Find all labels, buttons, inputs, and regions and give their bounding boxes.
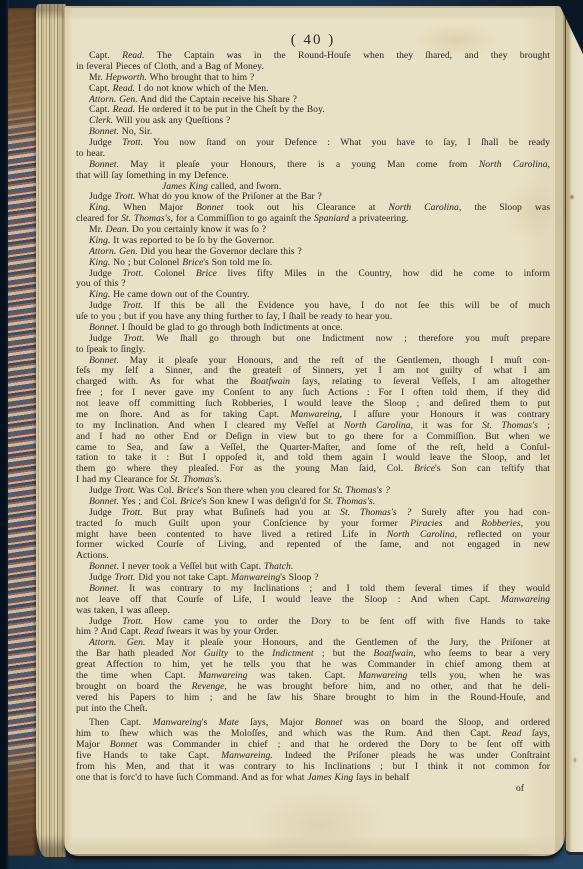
text-run: It was contrary to my Inclinations ; and… — [119, 584, 550, 594]
transcript-line: free ; for I never gave my Conſent to an… — [76, 388, 550, 399]
text-run: Judge — [89, 508, 122, 518]
transcript-line: King. When Major Bonnet took out his Cle… — [76, 203, 550, 214]
text-run: ſays in behalf — [353, 773, 409, 783]
text-run: lives fifty Miles in the Country, how di… — [217, 269, 550, 279]
text-run: Surely after you had con- — [411, 508, 550, 518]
italic-text-run: North Carolina, — [479, 160, 550, 170]
italic-text-run: Bonnet. — [89, 127, 119, 137]
italic-text-run: Attorn. Gen. — [89, 247, 138, 257]
transcript-line: Bonnet. Yes ; and Col. Brice's Son knew … — [76, 497, 550, 508]
text-run: brought on board the — [76, 682, 192, 692]
text-run: Judge — [89, 617, 122, 627]
text-run: ſays, — [521, 729, 550, 739]
italic-text-run: Bonnet. — [89, 356, 119, 366]
italic-text-run: Read — [502, 729, 522, 739]
italic-text-run: Spaniard — [314, 214, 349, 224]
text-run: I ſhould be glad to go through both Indi… — [119, 323, 343, 333]
text-run: Was Col. — [136, 486, 177, 496]
text-run: Major — [76, 740, 110, 750]
text-run: was on board the Sloop, and ordered — [342, 718, 550, 728]
italic-text-run: Trott. — [122, 508, 143, 518]
transcript-line: King. He came down out of the Country. — [76, 290, 550, 301]
text-run: He came down out of the Country. — [110, 290, 249, 300]
transcript-line: former wicked Courſe of Living, and repe… — [76, 540, 550, 551]
catchword: of — [76, 784, 550, 795]
text-run: came to Sea, and ſaw a Veſſel, the Quart… — [76, 443, 550, 453]
transcript-line: them go where they pleaſed. For as the y… — [76, 464, 550, 475]
text-run: cleared for — [76, 214, 121, 224]
italic-text-run: Trott. — [114, 486, 135, 496]
text-run: put into the Cheſt. — [76, 704, 147, 714]
transcript-line: Judge Trott. But pray what Buſineſs had … — [76, 508, 550, 519]
transcript-line: Bonnet. No, Sir. — [76, 127, 550, 138]
text-run: might have been contented to have lived … — [76, 530, 387, 540]
text-run: not leave off that Courſe of Life, I wou… — [76, 595, 501, 605]
text-run: to my Inclination. And when I cleared my… — [76, 421, 344, 431]
text-run: Judge — [89, 334, 123, 344]
transcript-line: Capt. Read. He ordered it to be put in t… — [76, 105, 550, 116]
italic-text-run: King. — [89, 203, 110, 213]
transcript-line: was taken, I was aſleep. — [76, 606, 550, 617]
text-run: 's Son told me ſo. — [203, 258, 272, 268]
italic-text-run: Manwareing — [198, 671, 247, 681]
text-run: When Major — [110, 203, 196, 213]
transcript-line: to my Inclination. And when I cleared my… — [76, 421, 550, 432]
italic-text-run: Manwareing. — [221, 751, 273, 761]
transcript-line: the time when Capt. Manwareing was taken… — [76, 671, 550, 682]
text-run: it was for — [413, 421, 482, 431]
italic-text-run: Trott. — [122, 301, 143, 311]
italic-text-run: Brice — [196, 269, 217, 279]
italic-text-run: Trott. — [122, 269, 143, 279]
text-run: in ſeveral Pieces of Cloth, and a Bag of… — [76, 62, 264, 72]
transcript-line: to ſpeak to ſingly. — [76, 345, 550, 356]
transcript-line: Bonnet. I ſhould be glad to go through b… — [76, 323, 550, 334]
text-run: ſays, relating to ſeveral Veſſels, I am … — [290, 377, 550, 387]
text-run: 's — [202, 718, 219, 728]
transcript-line: Actions. — [76, 551, 550, 562]
text-run: tation to take it : But I oppoſed it, an… — [76, 453, 550, 463]
transcript-line: brought on board the Revenge, he was bro… — [76, 682, 550, 693]
text-run: tracted ſo much Guilt upon your Conſcien… — [76, 519, 410, 529]
transcript-line: Bonnet. It was contrary to my Inclinatio… — [76, 584, 550, 595]
italic-text-run: Manwareing — [153, 718, 202, 728]
italic-text-run: Bonnet. — [89, 497, 119, 507]
italic-text-run: Manwareing — [501, 595, 550, 605]
italic-text-run: Revenge, — [192, 682, 227, 692]
text-run: to hear. — [76, 149, 105, 159]
italic-text-run: Brice — [414, 464, 435, 474]
italic-text-run: Bonnet. — [89, 562, 119, 572]
transcript-line: Judge Trott. If this be all the Evidence… — [76, 301, 550, 312]
italic-text-run: Thatch. — [264, 562, 293, 572]
text-run: the Sloop was — [461, 203, 550, 213]
italic-text-run: Robberies, — [481, 519, 523, 529]
italic-text-run: Trott. — [122, 138, 143, 148]
text-run: Indeed the Priſoner pleads he was under … — [273, 751, 550, 761]
text-run: I aſſure your Honours it was contrary — [342, 410, 550, 420]
text-run: I had my Clearance for — [76, 475, 170, 485]
text-run: We ſhall go through but one Indictment n… — [144, 334, 550, 344]
text-run: Mr. — [89, 73, 106, 83]
page-fore-edges — [36, 4, 66, 857]
text-run: called, and ſworn. — [208, 182, 281, 192]
transcript-line: Judge Trott. How came you to order the D… — [76, 617, 550, 628]
text-run: he was brought before him, and no other,… — [227, 682, 550, 692]
transcript-line: came to Sea, and ſaw a Veſſel, the Quart… — [76, 443, 550, 454]
text-run: He ordered it to be put in the Cheſt by … — [135, 105, 325, 115]
book-page: ( 40 ) Capt. Read. The Captain was in th… — [64, 6, 565, 856]
adjacent-page-sliver — [565, 0, 583, 852]
italic-text-run: Manwareing, — [290, 410, 342, 420]
text-run: No, Sir. — [119, 127, 152, 137]
transcript-line: you of this ? — [76, 279, 550, 290]
text-run: them go where they pleaſed. For as the y… — [76, 464, 414, 474]
italic-text-run: Boatſwain — [250, 377, 290, 387]
transcript-line: Judge Trott. You now ſtand on your Defen… — [76, 138, 550, 149]
book-scan: ( 40 ) Capt. Read. The Captain was in th… — [0, 0, 583, 869]
text-run: you of this ? — [76, 279, 126, 289]
text-run: The Captain was in the Round-Houſe when … — [144, 51, 550, 61]
italic-text-run: Piracies — [410, 519, 442, 529]
text-run: If this be all the Evidence you have, I … — [143, 301, 550, 311]
text-run: was Commander in chief ; and that he ord… — [137, 740, 550, 750]
text-run: Judge — [89, 269, 122, 279]
italic-text-run: Read — [144, 627, 164, 637]
italic-text-run: Clerk. — [89, 116, 113, 126]
italic-text-run: James King — [307, 773, 353, 783]
italic-text-run: Dean. — [106, 225, 129, 235]
transcript-line: not leave off that Courſe of Life, I wou… — [76, 595, 550, 606]
italic-text-run: Read. — [113, 105, 135, 115]
italic-text-run: King. — [89, 258, 110, 268]
page-number: ( 40 ) — [76, 32, 550, 49]
transcript-line: Clerk. Will you ask any Queſtions ? — [76, 116, 550, 127]
transcript-line: tation to take it : But I oppoſed it, an… — [76, 453, 550, 464]
text-run: reflected on your — [457, 530, 550, 540]
transcript-line: great Affection to him, yet he tells you… — [76, 660, 550, 671]
text-run: Judge — [89, 486, 114, 496]
transcript-line: from his Men, and that it was contrary t… — [76, 762, 550, 773]
text-run: tells you, when he was — [407, 671, 550, 681]
italic-text-run: Brice — [180, 497, 201, 507]
italic-text-run: Bonnet — [110, 740, 137, 750]
text-run: 's Sloop ? — [280, 573, 318, 583]
transcript-line: King. It was reported to be ſo by the Go… — [76, 236, 550, 247]
text-run: who ſeems to bear a very — [416, 649, 550, 659]
text-run: It was reported to be ſo by the Governor… — [110, 236, 274, 246]
text-run: How came you to order the Dory to be ſen… — [143, 617, 550, 627]
text-run: to the — [228, 649, 272, 659]
text-run: feſs my ſelf a Sinner, and the greateſt … — [76, 366, 550, 376]
transcript-line: Judge Trott. Was Col. Brice's Son there … — [76, 486, 550, 497]
text-run: Will you ask any Queſtions ? — [113, 116, 230, 126]
text-run: you — [523, 519, 550, 529]
text-run: But pray what Buſineſs had you at — [143, 508, 341, 518]
text-run: 's Son there when you cleared for — [198, 486, 333, 496]
text-run: You now ſtand on your Defence : What you… — [143, 138, 550, 148]
italic-text-run: St. Thomas's, — [121, 214, 173, 224]
italic-text-run: Attorn. Gen. — [89, 95, 138, 105]
italic-text-run: Manwareing — [231, 573, 280, 583]
text-run: took out his Clearance at — [224, 203, 389, 213]
text-run: ſwears it was by your Order. — [164, 627, 279, 637]
text-run: was taken. Capt. — [247, 671, 358, 681]
italic-text-run: Read. — [122, 51, 144, 61]
text-run: a privateering. — [349, 214, 408, 224]
transcript-line: the Bar hath pleaded Not Guilty to the I… — [76, 649, 550, 660]
text-run: charged with. As for what the — [76, 377, 250, 387]
italic-text-run: Indictment — [272, 649, 314, 659]
transcript-line: Attorn. Gen. Did you hear the Governor d… — [76, 247, 550, 258]
transcript-line: Bonnet. I never took a Veſſel but with C… — [76, 562, 550, 573]
text-run: Judge — [89, 301, 122, 311]
text-run: from his Men, and that it was contrary t… — [76, 762, 550, 772]
transcript-line: him ? And Capt. Read ſwears it was by yo… — [76, 627, 550, 638]
italic-text-run: Manwareing — [358, 671, 407, 681]
transcript-line: feſs my ſelf a Sinner, and the greateſt … — [76, 366, 550, 377]
transcript-line: five Hands to take Capt. Manwareing. Ind… — [76, 751, 550, 762]
text-run: I never took a Veſſel but with Capt. — [119, 562, 264, 572]
text-run: ; but the — [314, 649, 374, 659]
text-run: Capt. — [89, 51, 122, 61]
transcript-line: vered his Papers to him ; and he ſaw his… — [76, 693, 550, 704]
text-run: Do you certainly know it was ſo ? — [129, 225, 266, 235]
italic-text-run: North Carolina, — [387, 530, 457, 540]
transcript-line: Judge Trott. What do you know of the Pri… — [76, 192, 550, 203]
transcript-line: in ſeveral Pieces of Cloth, and a Bag of… — [76, 62, 550, 73]
text-run: one that is forc'd to have ſuch Command.… — [76, 773, 307, 783]
transcript-line: Capt. Read. I do not know which of the M… — [76, 84, 550, 95]
text-run: for a Commiſſion to go againſt the — [173, 214, 314, 224]
transcript-line: Attorn. Gen. And did the Captain receive… — [76, 95, 550, 106]
text-run: great Affection to him, yet he tells you… — [76, 660, 550, 670]
text-run: No ; but Colonel — [110, 258, 182, 268]
italic-text-run: Mate — [219, 718, 239, 728]
text-run: the Bar hath pleaded — [76, 649, 182, 659]
transcript-line: King. No ; but Colonel Brice's Son told … — [76, 258, 550, 269]
text-run: free ; for I never gave my Conſent to an… — [76, 388, 550, 398]
transcript-line: tracted ſo much Guilt upon your Conſcien… — [76, 519, 550, 530]
text-run: Colonel — [143, 269, 195, 279]
italic-text-run: Brice — [182, 258, 203, 268]
text-run: Did you not take Capt. — [136, 573, 232, 583]
text-run: I do not know which of the Men. — [135, 84, 269, 94]
transcript-line: and I had no other End or Deſign in view… — [76, 432, 550, 443]
transcript-line: to hear. — [76, 149, 550, 160]
text-run: Judge — [89, 192, 114, 202]
transcript-line: charged with. As for what the Boatſwain … — [76, 377, 550, 388]
transcript-line: Bonnet. May it pleaſe your Honours, and … — [76, 356, 550, 367]
italic-text-run: Read. — [113, 84, 135, 94]
text-run: of — [516, 784, 524, 794]
marbled-endpaper — [8, 8, 37, 856]
italic-text-run: St. Thomas's — [482, 421, 538, 431]
transcript-line: Then Capt. Manwareing's Mate ſays, Major… — [76, 718, 550, 729]
italic-text-run: Trott. — [114, 192, 135, 202]
italic-text-run: Trott. — [123, 334, 144, 344]
transcript-line: Major Bonnet was Commander in chief ; an… — [76, 740, 550, 751]
italic-text-run: Bonnet. — [89, 160, 119, 170]
italic-text-run: North Carolina, — [344, 421, 413, 431]
transcript-line: James King called, and ſworn. — [76, 182, 550, 193]
transcript-line: him to ſhew which was the Moloſſes, and … — [76, 729, 550, 740]
transcript-line: Judge Trott. Colonel Brice lives fifty M… — [76, 269, 550, 280]
text-run: And did the Captain receive his Share ? — [138, 95, 297, 105]
text-run: ſays, Major — [239, 718, 315, 728]
text-run: ; — [538, 421, 550, 431]
text-run: him ? And Capt. — [76, 627, 144, 637]
transcript-line: Judge Trott. We ſhall go through but one… — [76, 334, 550, 345]
transcript-line: Mr. Dean. Do you certainly know it was ſ… — [76, 225, 550, 236]
italic-text-run: North Carolina, — [389, 203, 462, 213]
italic-text-run: King. — [89, 290, 110, 300]
text-run: vered his Papers to him ; and he ſaw his… — [76, 693, 550, 703]
text-run: to ſpeak to ſingly. — [76, 345, 145, 355]
transcript-line: Capt. Read. The Captain was in the Round… — [76, 51, 550, 62]
text-run: that will ſay ſomething in my Defence. — [76, 171, 229, 181]
text-run: 's Son can teſtify that — [435, 464, 550, 474]
text-run: me on ſhore. And as for taking Capt. — [76, 410, 290, 420]
text-run: five Hands to take Capt. — [76, 751, 221, 761]
text-run: May it pleaſe your Honours, there is a y… — [119, 160, 479, 170]
italic-text-run: St. Thomas's. — [323, 497, 375, 507]
transcript-line: Judge Trott. Did you not take Capt. Manw… — [76, 573, 550, 584]
text-run: Mr. — [89, 225, 106, 235]
text-run: Yes ; and Col. — [119, 497, 180, 507]
text-run: former wicked Courſe of Living, and repe… — [76, 540, 550, 550]
transcript-line: might have been contented to have lived … — [76, 530, 550, 541]
transcript-line: not leave off committing ſuch Robberies,… — [76, 399, 550, 410]
transcript-line: Attorn. Gen. May it pleaſe your Honours,… — [76, 638, 550, 649]
italic-text-run: King. — [89, 236, 110, 246]
italic-text-run: Bonnet — [315, 718, 342, 728]
text-run: Actions. — [76, 551, 109, 561]
transcript-line: me on ſhore. And as for taking Capt. Man… — [76, 410, 550, 421]
transcript-line: Bonnet. May it pleaſe your Honours, ther… — [76, 160, 550, 171]
italic-text-run: Hepworth. — [106, 73, 147, 83]
text-run: uſe to you ; but if you have any thing f… — [76, 312, 392, 322]
italic-text-run: James King — [162, 182, 208, 192]
transcript-line: one that is forc'd to have ſuch Command.… — [76, 773, 550, 784]
text-run: May it pleaſe your Honours, and the reſt… — [119, 356, 550, 366]
text-run: not leave off committing ſuch Robberies,… — [76, 399, 550, 409]
italic-text-run: Bonnet — [196, 203, 223, 213]
italic-text-run: Attorn. Gen. — [89, 638, 145, 648]
transcript-line: that will ſay ſomething in my Defence. — [76, 171, 550, 182]
text-run: and I had no other End or Deſign in view… — [76, 432, 550, 442]
text-run: and — [442, 519, 481, 529]
transcript-line: put into the Cheſt. — [76, 704, 550, 715]
italic-text-run: Not Guilty — [182, 649, 229, 659]
text-run: Then Capt. — [89, 718, 153, 728]
text-run: Capt. — [89, 84, 113, 94]
italic-text-run: St. Thomas's ? — [340, 508, 411, 518]
text-run: Judge — [89, 138, 122, 148]
text-run: Who brought that to him ? — [147, 73, 254, 83]
text-run: was taken, I was aſleep. — [76, 606, 170, 616]
text-run: What do you know of the Priſoner at the … — [136, 192, 322, 202]
transcript: Capt. Read. The Captain was in the Round… — [76, 51, 550, 795]
text-run: May it pleaſe your Honours, and the Gent… — [145, 638, 550, 648]
transcript-line: uſe to you ; but if you have any thing f… — [76, 312, 550, 323]
transcript-line: Mr. Hepworth. Who brought that to him ? — [76, 73, 550, 84]
text-run: Did you hear the Governor declare this ? — [138, 247, 302, 257]
italic-text-run: Bonnet. — [89, 323, 119, 333]
italic-text-run: St. Thomas's. — [170, 475, 222, 485]
transcript-line: I had my Clearance for St. Thomas's. — [76, 475, 550, 486]
italic-text-run: Bonnet. — [89, 584, 119, 594]
text-run: Capt. — [89, 105, 113, 115]
transcript-line: cleared for St. Thomas's, for a Commiſſi… — [76, 214, 550, 225]
italic-text-run: St. Thomas's ? — [333, 486, 390, 496]
text-run: 's Son knew I was deſign'd for — [201, 497, 323, 507]
text-run: the time when Capt. — [76, 671, 198, 681]
text-run: Judge — [89, 573, 114, 583]
italic-text-run: Boatſwain, — [373, 649, 415, 659]
italic-text-run: Brice — [177, 486, 198, 496]
italic-text-run: Trott. — [114, 573, 135, 583]
text-run: him to ſhew which was the Moloſſes, and … — [76, 729, 502, 739]
italic-text-run: Trott. — [122, 617, 143, 627]
